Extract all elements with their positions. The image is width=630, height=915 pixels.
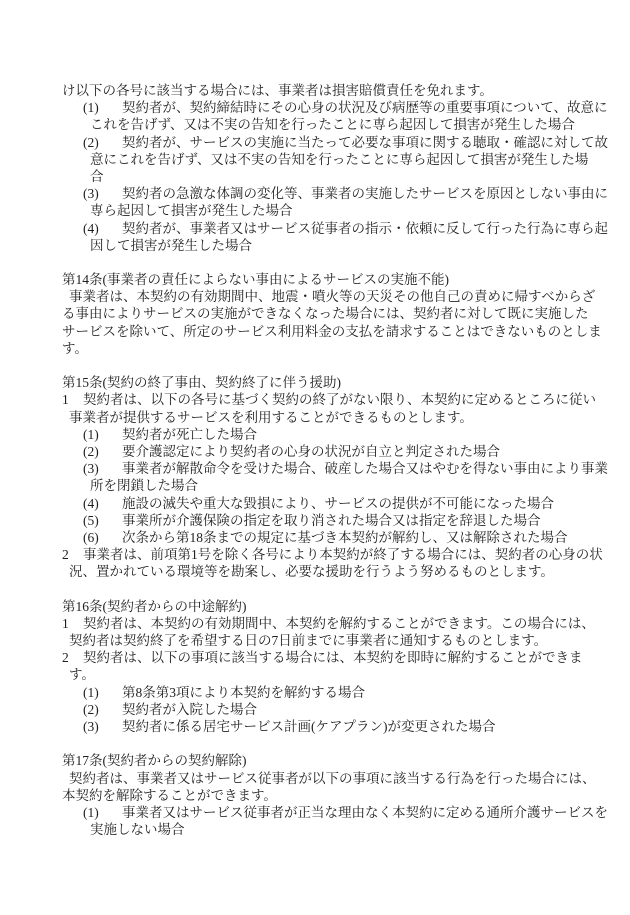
line-text: 契約者は、本契約の有効期間中、本契約を解約することができます。この場合には、 xyxy=(83,616,595,631)
line-text: 事業者は、前項第1号を除く各号により本契約が終了する場合には、契約者の心身の状 xyxy=(83,547,603,562)
line-text: 契約者が、サービスの実施に当たって必要な事項に関する聴取・確認に対して故 xyxy=(122,135,608,150)
item-number: (5) xyxy=(83,512,122,529)
text-line: 2契約者は、以下の事項に該当する場合には、本契約を即時に解約することができま xyxy=(62,649,628,666)
line-text: これを告げず、又は不実の告知を行ったことに専ら起因して損害が発生した場合 xyxy=(90,117,575,132)
line-text: 次条から第18条までの規定に基づき本契約が解約し、又は解除された場合 xyxy=(122,530,568,545)
blank-line xyxy=(62,254,628,271)
blank-line xyxy=(62,357,628,374)
line-text: け以下の各号に該当する場合には、事業者は損害賠償責任を免れます。 xyxy=(62,83,493,98)
line-text: 契約者が入院した場合 xyxy=(122,702,257,717)
line-text: サービスを除いて、所定のサービス利用料金の支払を請求することはできないものとしま xyxy=(62,324,602,339)
document-page: け以下の各号に該当する場合には、事業者は損害賠償責任を免れます。(1)契約者が、… xyxy=(0,0,630,915)
line-text: 第15条(契約の終了事由、契約終了に伴う援助) xyxy=(62,375,341,390)
text-line: (2)契約者が、サービスの実施に当たって必要な事項に関する聴取・確認に対して故 xyxy=(62,134,628,151)
text-line: サービスを除いて、所定のサービス利用料金の支払を請求することはできないものとしま xyxy=(62,323,628,340)
item-number: (1) xyxy=(83,804,122,821)
line-text: 事業者又はサービス従事者が正当な理由なく本契約に定める通所介護サービスを xyxy=(122,805,608,820)
item-number: (1) xyxy=(83,99,122,116)
line-text: 第14条(事業者の責任によらない事由によるサービスの実施不能) xyxy=(62,272,449,287)
line-text: 契約者は、事業者又はサービス従事者が以下の事項に該当する行為を行った場合には、 xyxy=(69,771,596,786)
line-text: 本契約を解除することができます。 xyxy=(62,788,277,803)
item-number: 1 xyxy=(62,391,83,408)
line-text: 契約者が、事業者又はサービス従事者の指示・依頼に反して行った行為に専ら起 xyxy=(122,221,608,236)
line-text: 況、置かれている環境等を勘案し、必要な援助を行うよう努めるものとします。 xyxy=(69,564,554,579)
text-line: け以下の各号に該当する場合には、事業者は損害賠償責任を免れます。 xyxy=(62,82,628,99)
text-line: (1)事業者又はサービス従事者が正当な理由なく本契約に定める通所介護サービスを xyxy=(62,804,628,821)
line-text: 所を閉鎖した場合 xyxy=(90,478,198,493)
line-text: 事業所が介護保険の指定を取り消された場合又は指定を辞退した場合 xyxy=(122,513,541,528)
line-text: る事由によりサービスの実施ができなくなった場合には、契約者に対して既に実施した xyxy=(62,306,589,321)
item-number: 2 xyxy=(62,546,83,563)
line-text: 実施しない場合 xyxy=(90,822,185,837)
article-heading: 第17条(契約者からの契約解除) xyxy=(62,752,628,769)
line-text: 契約者に係る居宅サービス計画(ケアプラン)が変更された場合 xyxy=(122,719,496,734)
contract-text-body: け以下の各号に該当する場合には、事業者は損害賠償責任を免れます。(1)契約者が、… xyxy=(62,82,628,838)
text-line: る事由によりサービスの実施ができなくなった場合には、契約者に対して既に実施した xyxy=(62,305,628,322)
line-text: 要介護認定により契約者の心身の状況が自立と判定された場合 xyxy=(122,444,500,459)
blank-line xyxy=(62,735,628,752)
item-number: (6) xyxy=(83,529,122,546)
text-line: す。 xyxy=(62,340,628,357)
text-line: 2事業者は、前項第1号を除く各号により本契約が終了する場合には、契約者の心身の状 xyxy=(62,546,628,563)
item-number: (3) xyxy=(83,460,122,477)
item-number: (3) xyxy=(83,185,122,202)
item-number: (1) xyxy=(83,684,122,701)
blank-line xyxy=(62,580,628,597)
text-line: 事業者が提供するサービスを利用することができるものとします。 xyxy=(62,409,628,426)
line-text: 第17条(契約者からの契約解除) xyxy=(62,753,247,768)
line-text: 専ら起因して損害が発生した場合 xyxy=(90,203,293,218)
text-line: 契約者は契約終了を希望する日の7日前までに事業者に通知するものとします。 xyxy=(62,632,628,649)
item-number: 2 xyxy=(62,649,83,666)
text-line: 契約者は、事業者又はサービス従事者が以下の事項に該当する行為を行った場合には、 xyxy=(62,770,628,787)
line-text: 契約者は契約終了を希望する日の7日前までに事業者に通知するものとします。 xyxy=(69,633,547,648)
text-line: これを告げず、又は不実の告知を行ったことに専ら起因して損害が発生した場合 xyxy=(62,116,628,133)
line-text: 事業者が解散命令を受けた場合、破産した場合又はやむを得ない事由により事業 xyxy=(122,461,608,476)
text-line: (1)契約者が、契約締結時にその心身の状況及び病歴等の重要事項について、故意に xyxy=(62,99,628,116)
line-text: 第16条(契約者からの中途解約) xyxy=(62,599,247,614)
line-text: 契約者が、契約締結時にその心身の状況及び病歴等の重要事項について、故意に xyxy=(122,100,607,115)
text-line: (3)事業者が解散命令を受けた場合、破産した場合又はやむを得ない事由により事業 xyxy=(62,460,628,477)
text-line: (4)施設の滅失や重大な毀損により、サービスの提供が不可能になった場合 xyxy=(62,495,628,512)
text-line: (5)事業所が介護保険の指定を取り消された場合又は指定を辞退した場合 xyxy=(62,512,628,529)
text-line: 所を閉鎖した場合 xyxy=(62,477,628,494)
text-line: (6)次条から第18条までの規定に基づき本契約が解約し、又は解除された場合 xyxy=(62,529,628,546)
text-line: (3)契約者の急激な体調の変化等、事業者の実施したサービスを原因としない事由に xyxy=(62,185,628,202)
line-text: 事業者が提供するサービスを利用することができるものとします。 xyxy=(69,410,473,425)
item-number: 1 xyxy=(62,615,83,632)
text-line: (2)要介護認定により契約者の心身の状況が自立と判定された場合 xyxy=(62,443,628,460)
text-line: 意にこれを告げず、又は不実の告知を行ったことに専ら起因して損害が発生した場 xyxy=(62,151,628,168)
line-text: す。 xyxy=(69,667,95,682)
text-line: (3)契約者に係る居宅サービス計画(ケアプラン)が変更された場合 xyxy=(62,718,628,735)
item-number: (3) xyxy=(83,718,122,735)
text-line: 合 xyxy=(62,168,628,185)
line-text: 事業者は、本契約の有効期間中、地震・噴火等の天災その他自己の責めに帰すべからざ xyxy=(69,289,595,304)
line-text: 因して損害が発生した場合 xyxy=(90,238,252,253)
text-line: す。 xyxy=(62,666,628,683)
line-text: 契約者は、以下の事項に該当する場合には、本契約を即時に解約することができま xyxy=(83,650,583,665)
item-number: (2) xyxy=(83,443,122,460)
text-line: (2)契約者が入院した場合 xyxy=(62,701,628,718)
item-number: (4) xyxy=(83,220,122,237)
text-line: 1契約者は、以下の各号に基づく契約の終了がない限り、本契約に定めるところに従い xyxy=(62,391,628,408)
line-text: 契約者が死亡した場合 xyxy=(122,427,257,442)
text-line: 因して損害が発生した場合 xyxy=(62,237,628,254)
article-heading: 第14条(事業者の責任によらない事由によるサービスの実施不能) xyxy=(62,271,628,288)
text-line: (4)契約者が、事業者又はサービス従事者の指示・依頼に反して行った行為に専ら起 xyxy=(62,220,628,237)
text-line: 況、置かれている環境等を勘案し、必要な援助を行うよう努めるものとします。 xyxy=(62,563,628,580)
item-number: (2) xyxy=(83,701,122,718)
line-text: 第8条第3項により本契約を解約する場合 xyxy=(122,685,365,700)
text-line: (1)第8条第3項により本契約を解約する場合 xyxy=(62,684,628,701)
text-line: 事業者は、本契約の有効期間中、地震・噴火等の天災その他自己の責めに帰すべからざ xyxy=(62,288,628,305)
text-line: (1)契約者が死亡した場合 xyxy=(62,426,628,443)
text-line: 本契約を解除することができます。 xyxy=(62,787,628,804)
article-heading: 第15条(契約の終了事由、契約終了に伴う援助) xyxy=(62,374,628,391)
item-number: (2) xyxy=(83,134,122,151)
text-line: 1契約者は、本契約の有効期間中、本契約を解約することができます。この場合には、 xyxy=(62,615,628,632)
text-line: 専ら起因して損害が発生した場合 xyxy=(62,202,628,219)
line-text: 契約者は、以下の各号に基づく契約の終了がない限り、本契約に定めるところに従い xyxy=(83,392,596,407)
line-text: す。 xyxy=(62,341,88,356)
line-text: 合 xyxy=(90,169,104,184)
item-number: (1) xyxy=(83,426,122,443)
item-number: (4) xyxy=(83,495,122,512)
line-text: 契約者の急激な体調の変化等、事業者の実施したサービスを原因としない事由に xyxy=(122,186,608,201)
line-text: 施設の滅失や重大な毀損により、サービスの提供が不可能になった場合 xyxy=(122,496,554,511)
line-text: 意にこれを告げず、又は不実の告知を行ったことに専ら起因して損害が発生した場 xyxy=(90,152,588,167)
text-line: 実施しない場合 xyxy=(62,821,628,838)
article-heading: 第16条(契約者からの中途解約) xyxy=(62,598,628,615)
